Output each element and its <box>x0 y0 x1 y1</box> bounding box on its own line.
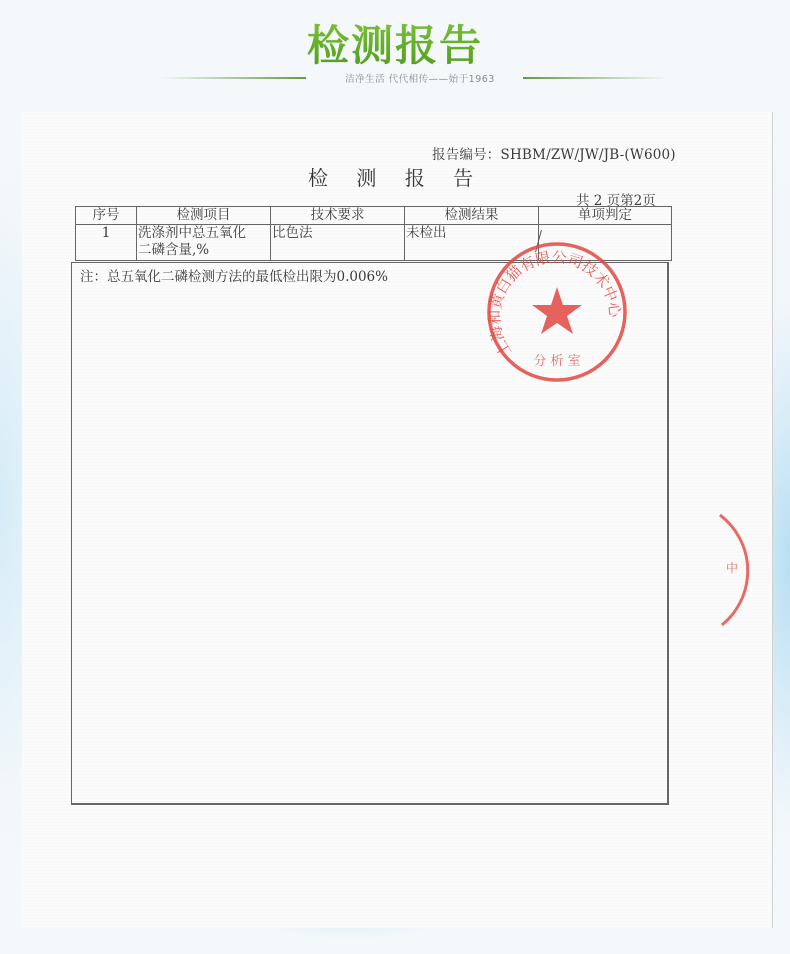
cell-item: 洗涤剂中总五氧化 二磷含量,% <box>137 225 271 261</box>
header-verdict: 单项判定 <box>539 207 672 225</box>
header-requirement: 技术要求 <box>271 207 405 225</box>
table-header-row: 序号 检测项目 技术要求 检测结果 单项判定 <box>76 207 672 225</box>
document-title: 检 测 报 告 <box>308 162 484 191</box>
svg-text:中: 中 <box>726 560 738 575</box>
cell-index: 1 <box>76 225 137 261</box>
banner-divider-left <box>160 77 306 79</box>
partial-seal-edge: 中 <box>712 510 772 630</box>
banner-divider-right <box>523 77 668 79</box>
header-item: 检测项目 <box>137 207 271 225</box>
header-index: 序号 <box>76 207 137 225</box>
cell-item-line2: 二磷含量,% <box>138 242 269 259</box>
report-number: 报告编号：SHBM/ZW/JW/JB-(W600) <box>432 143 676 163</box>
star-icon <box>532 287 582 334</box>
banner-subtitle: 洁净生活 代代相传——始于1963 <box>320 71 520 85</box>
note-text: 注：总五氧化二磷检测方法的最低检出限为0.006% <box>80 265 388 285</box>
company-seal: 上海和黄白猫有限公司技术中心 分 析 室 <box>482 237 632 387</box>
header-result: 检测结果 <box>405 207 539 225</box>
report-paper: 报告编号：SHBM/ZW/JW/JB-(W600) 检 测 报 告 共 2 页第… <box>22 112 773 928</box>
cell-requirement: 比色法 <box>271 225 405 261</box>
cell-item-line1: 洗涤剂中总五氧化 <box>138 225 269 242</box>
banner-title: 检测报告 <box>0 18 790 74</box>
svg-text:分 析 室: 分 析 室 <box>533 353 580 369</box>
